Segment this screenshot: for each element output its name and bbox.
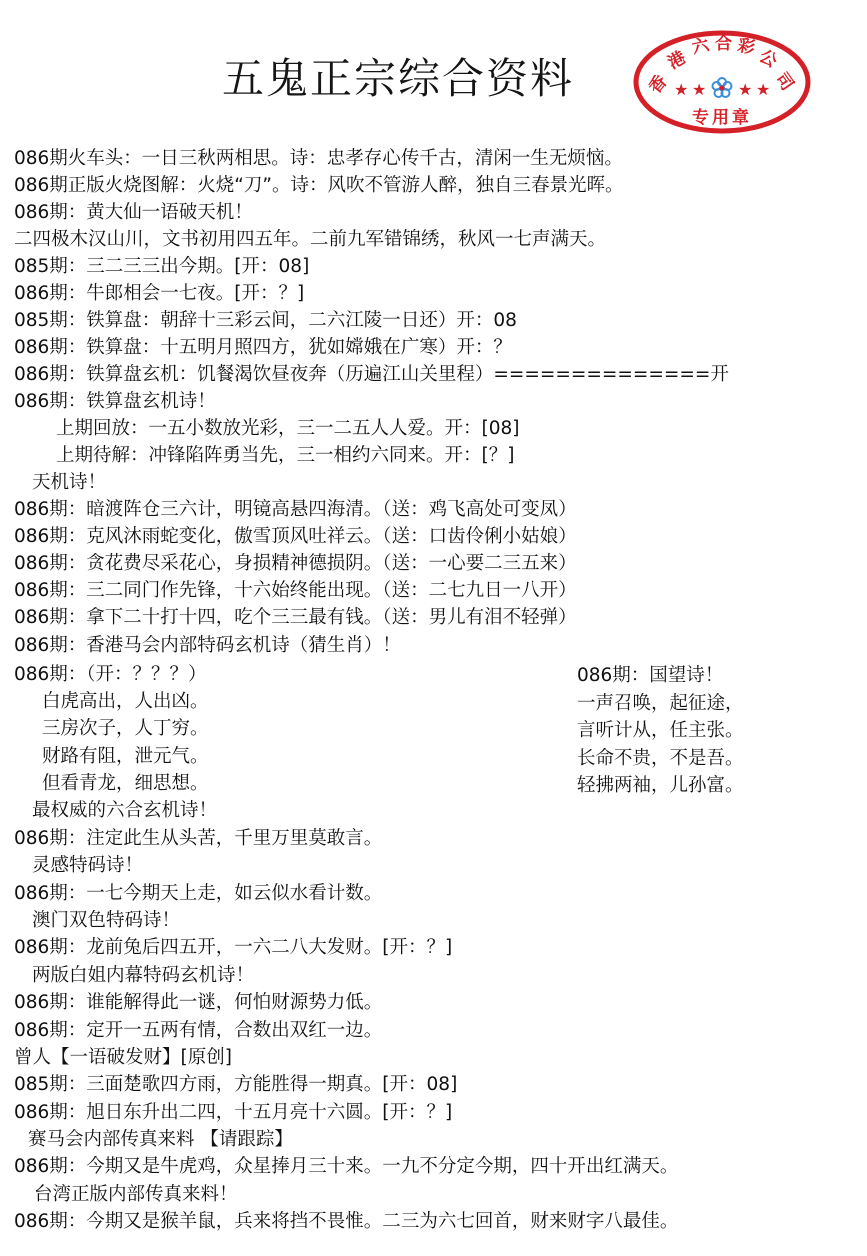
star-icon: ★	[738, 80, 752, 99]
text-line: 但看青龙，细思想。	[42, 771, 209, 797]
text-line: 086期：三二同门作先锋，十六始终能出现。（送：二七九日一八开）	[14, 578, 577, 604]
text-line: 086期：今期又是牛虎鸡，众星捧月三十来。一九不分定今期，四十开出红满天。	[14, 1154, 678, 1180]
right-poem-line: 言听计从，任主张。	[577, 717, 744, 745]
text-line: 曾人【一语破发财】[原创]	[14, 1045, 232, 1071]
star-icon: ★	[756, 80, 770, 99]
stamp-seal-icon: 香 港 六 合 彩 公 司 ★ ★ ★ ★ 专用章	[632, 30, 812, 134]
right-poem-heading: 086期：国望诗！	[577, 662, 744, 690]
text-line: 086期：牛郎相会一七夜。[开：？]	[14, 281, 304, 307]
text-line: 086期：暗渡阵仓三六计，明镜高悬四海清。（送：鸡飞高处可变凤）	[14, 497, 577, 523]
star-icon: ★	[674, 80, 688, 99]
text-line: 086期火车头：一日三秋两相思。诗：忠孝存心传千古，清闲一生无烦恼。	[14, 146, 623, 172]
text-line: 085期：铁算盘：朝辞十三彩云间，二六江陵一日还）开：08	[14, 308, 517, 334]
right-poem: 086期：国望诗！ 一声召唤，起征途， 言听计从，任主张。 长命不贵，不是吾。 …	[577, 662, 744, 800]
text-line: 上期待解：冲锋陷阵勇当先，三一相约六同来。开：[？]	[56, 443, 514, 469]
text-line: 086期：谁能解得此一谜，何怕财源势力低。	[14, 990, 382, 1016]
text-line: 086期：龙前兔后四五开，一六二八大发财。[开：？]	[14, 935, 452, 961]
text-line: 086期：贪花费尽采花心，身损精神德损阴。（送：一心要二三五来）	[14, 551, 577, 577]
text-line: 086期：今期又是猴羊鼠，兵来将挡不畏惟。二三为六七回首，财来财字八最佳。	[14, 1209, 678, 1235]
text-line: 澳门双色特码诗！	[32, 908, 180, 934]
text-line: 三房次子，人丁穷。	[42, 716, 209, 742]
text-line: 086期：铁算盘玄机：饥餐渴饮昼夜奔（历遍江山关里程）=============…	[14, 362, 729, 388]
text-line: 台湾正版内部传真来料！	[34, 1182, 238, 1208]
text-line: 086期：香港马会内部特码玄机诗（猜生肖）！	[14, 633, 401, 659]
right-poem-line: 轻拂两袖，儿孙富。	[577, 772, 744, 800]
text-line: 086期：一七今期天上走，如云似水看计数。	[14, 881, 382, 907]
page-title: 五鬼正宗综合资料	[222, 46, 574, 106]
text-line: 086期：黄大仙一语破天机！	[14, 200, 253, 226]
text-line: 两版白姐内幕特码玄机诗！	[32, 963, 254, 989]
text-line: 白虎高出，人出凶。	[42, 689, 209, 715]
text-line: 086期：铁算盘玄机诗！	[14, 389, 216, 415]
text-line: 财路有阻，泄元气。	[42, 744, 209, 770]
text-line: 086期：定开一五两有情，合数出双红一边。	[14, 1018, 382, 1044]
text-line: 灵感特码诗！	[32, 853, 143, 879]
text-line: 086期：旭日东升出二四，十五月亮十六圆。[开：？]	[14, 1100, 452, 1126]
text-line: 天机诗！	[32, 470, 106, 496]
text-line: 086期：铁算盘：十五明月照四方，犹如嫦娥在广寒）开：？	[14, 335, 512, 361]
text-line: 085期：三二三三出今期。[开：08]	[14, 254, 309, 280]
text-line: 085期：三面楚歌四方雨，方能胜得一期真。[开：08]	[14, 1072, 457, 1098]
text-line: 086期正版火烧图解：火烧“刀”。诗：风吹不管游人醉，独自三春景光晖。	[14, 173, 623, 199]
stamp-bottom-text: 专用章	[692, 107, 752, 128]
stamp-char: 合	[715, 33, 732, 54]
text-line: 086期：拿下二十打十四，吃个三三最有钱。（送：男儿有泪不轻弹）	[14, 605, 577, 631]
star-icon: ★	[692, 80, 706, 99]
text-line: 086期：注定此生从头苦，千里万里莫敢言。	[14, 826, 382, 852]
company-stamp: 香 港 六 合 彩 公 司 ★ ★ ★ ★ 专用章	[632, 30, 812, 134]
right-poem-line: 长命不贵，不是吾。	[577, 745, 744, 773]
text-line: 086期：（开：？？？）	[14, 662, 207, 688]
text-line: 最权威的六合玄机诗！	[32, 798, 217, 824]
text-line: 二四极木汉山川，文书初用四五年。二前九军错锦绣，秋风一七声满天。	[14, 227, 606, 253]
text-line: 086期：克风沐雨蛇变化，傲雪顶风吐祥云。（送：口齿伶俐小姑娘）	[14, 524, 577, 550]
text-line: 上期回放：一五小数放光彩，三一二五人人爱。开：[08]	[56, 416, 519, 442]
text-line: 赛马会内部传真来料 【请跟踪】	[28, 1127, 293, 1153]
right-poem-line: 一声召唤，起征途，	[577, 690, 744, 718]
